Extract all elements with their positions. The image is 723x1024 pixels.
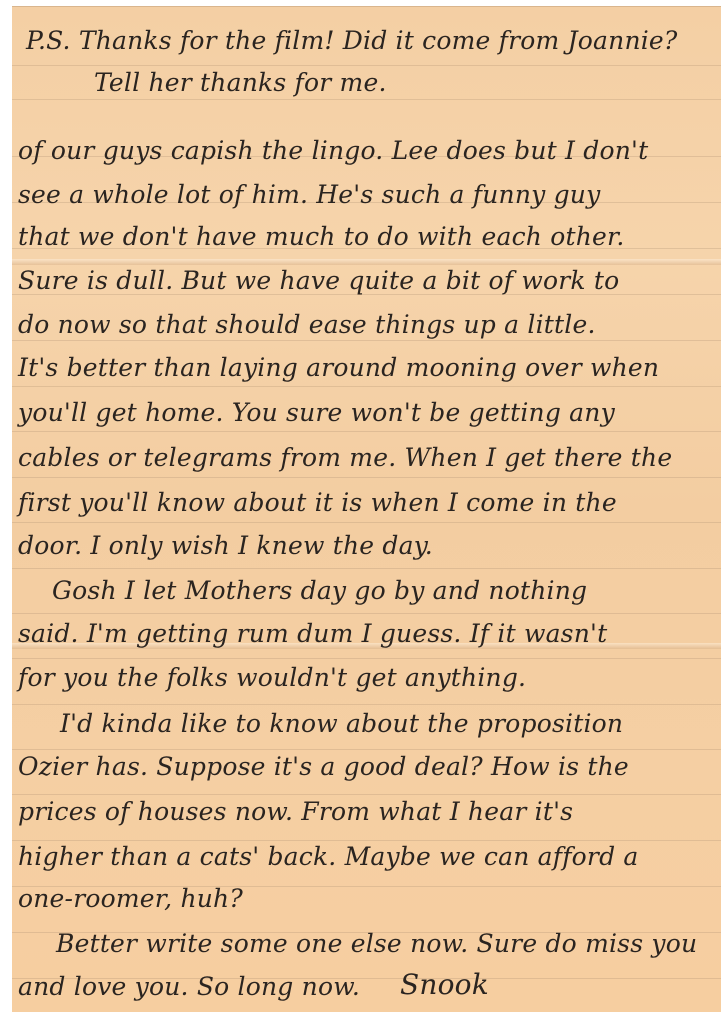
body-line: and love you. So long now. — [18, 972, 360, 1001]
body-line: cables or telegrams from me. When I get … — [18, 443, 672, 472]
body-line: see a whole lot of him. He's such a funn… — [18, 180, 600, 209]
body-line: you'll get home. You sure won't be getti… — [18, 398, 615, 427]
ruled-line — [12, 477, 721, 478]
fold-crease — [12, 259, 721, 265]
ruled-line — [12, 386, 721, 387]
ruled-line — [12, 794, 721, 795]
body-line: do now so that should ease things up a l… — [18, 310, 596, 339]
ruled-line — [12, 431, 721, 432]
body-line: for you the folks wouldn't get anything. — [18, 663, 526, 692]
ruled-line — [12, 613, 721, 614]
body-line: higher than a cats' back. Maybe we can a… — [18, 842, 639, 871]
body-line: Gosh I let Mothers day go by and nothing — [52, 576, 587, 605]
ruled-line — [12, 749, 721, 750]
ruled-line — [12, 99, 721, 100]
postscript-line: Tell her thanks for me. — [94, 68, 387, 97]
body-line: first you'll know about it is when I com… — [18, 488, 617, 517]
body-line: It's better than laying around mooning o… — [18, 353, 659, 382]
ruled-line — [12, 704, 721, 705]
body-line: of our guys capish the lingo. Lee does b… — [18, 136, 648, 165]
letter-paper: P.S. Thanks for the film! Did it come fr… — [12, 6, 721, 1012]
ruled-line — [12, 340, 721, 341]
body-line: Better write some one else now. Sure do … — [56, 929, 697, 958]
body-line: one-roomer, huh? — [18, 884, 243, 913]
body-line: door. I only wish I knew the day. — [18, 531, 433, 560]
body-line: that we don't have much to do with each … — [18, 222, 625, 251]
ruled-line — [12, 840, 721, 841]
ruled-line — [12, 65, 721, 66]
ruled-line — [12, 568, 721, 569]
ruled-line — [12, 658, 721, 659]
body-line: said. I'm getting rum dum I guess. If it… — [18, 619, 607, 648]
body-line: Sure is dull. But we have quite a bit of… — [18, 266, 619, 295]
signature: Snook — [400, 968, 489, 1001]
body-line: Ozier has. Suppose it's a good deal? How… — [18, 752, 629, 781]
body-line: I'd kinda like to know about the proposi… — [60, 709, 623, 738]
postscript-line: P.S. Thanks for the film! Did it come fr… — [26, 26, 678, 55]
body-line: prices of houses now. From what I hear i… — [18, 797, 573, 826]
ruled-line — [12, 522, 721, 523]
